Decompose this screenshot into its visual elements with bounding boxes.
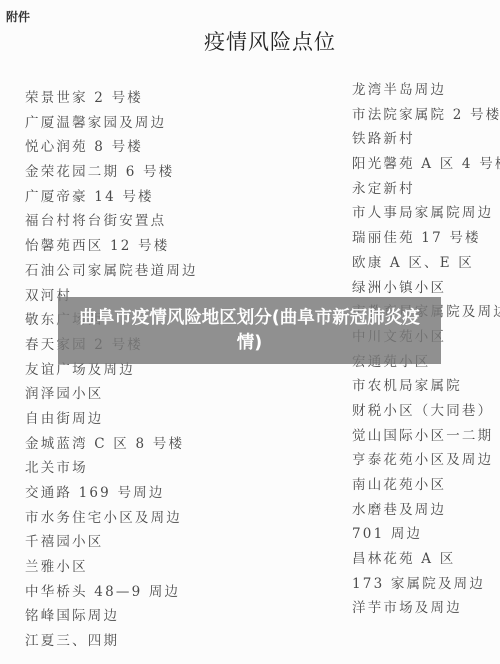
list-item: 自由街周边 bbox=[25, 407, 198, 432]
list-item: 市农机局家属院 bbox=[352, 374, 500, 399]
list-item: 交通路 169 号周边 bbox=[25, 481, 198, 506]
list-item: 铁路新村 bbox=[352, 127, 500, 152]
risk-location-list-left: 荣景世家 2 号楼 广厦温馨家园及周边 悦心润苑 8 号楼 金荣花园二期 6 号… bbox=[25, 86, 198, 654]
list-item: 701 周边 bbox=[352, 522, 500, 547]
attachment-label: 附件 bbox=[6, 8, 30, 25]
document-title: 疫情风险点位 bbox=[0, 26, 500, 56]
list-item: 铭峰国际周边 bbox=[25, 604, 198, 629]
list-item: 荣景世家 2 号楼 bbox=[25, 86, 198, 111]
list-item: 龙湾半岛周边 bbox=[352, 78, 500, 103]
list-item: 福台村将台街安置点 bbox=[25, 209, 198, 234]
list-item: 亨泰花苑小区及周边 bbox=[352, 448, 500, 473]
list-item: 金城蓝湾 C 区 8 号楼 bbox=[25, 432, 198, 457]
caption-overlay: 曲阜市疫情风险地区划分(曲阜市新冠肺炎疫情) bbox=[58, 297, 441, 364]
list-item: 润泽园小区 bbox=[25, 382, 198, 407]
list-item: 财税小区（大同巷） bbox=[352, 399, 500, 424]
list-item: 千禧园小区 bbox=[25, 530, 198, 555]
list-item: 南山花苑小区 bbox=[352, 473, 500, 498]
list-item: 北关市场 bbox=[25, 456, 198, 481]
list-item: 广厦帝豪 14 号楼 bbox=[25, 185, 198, 210]
list-item: 觉山国际小区一二期 bbox=[352, 424, 500, 449]
list-item: 欧康 A 区、E 区 bbox=[352, 251, 500, 276]
list-item: 永定新村 bbox=[352, 177, 500, 202]
list-item: 中华桥头 48—9 周边 bbox=[25, 580, 198, 605]
list-item: 173 家属院及周边 bbox=[352, 572, 500, 597]
list-item: 悦心润苑 8 号楼 bbox=[25, 135, 198, 160]
list-item: 阳光馨苑 A 区 4 号楼 bbox=[352, 152, 500, 177]
list-item: 瑞丽佳苑 17 号楼 bbox=[352, 226, 500, 251]
list-item: 广厦温馨家园及周边 bbox=[25, 111, 198, 136]
list-item: 石油公司家属院巷道周边 bbox=[25, 259, 198, 284]
caption-text: 曲阜市疫情风险地区划分(曲阜市新冠肺炎疫情) bbox=[70, 306, 430, 356]
list-item: 昌林花苑 A 区 bbox=[352, 547, 500, 572]
list-item: 市水务住宅小区及周边 bbox=[25, 506, 198, 531]
list-item: 兰雅小区 bbox=[25, 555, 198, 580]
list-item: 金荣花园二期 6 号楼 bbox=[25, 160, 198, 185]
document-page: 附件 疫情风险点位 荣景世家 2 号楼 广厦温馨家园及周边 悦心润苑 8 号楼 … bbox=[0, 0, 500, 664]
list-item: 水磨巷及周边 bbox=[352, 498, 500, 523]
list-item: 市人事局家属院周边 bbox=[352, 201, 500, 226]
list-item: 怡馨苑西区 12 号楼 bbox=[25, 234, 198, 259]
list-item: 市法院家属院 2 号楼 bbox=[352, 103, 500, 128]
list-item: 江夏三、四期 bbox=[25, 629, 198, 654]
list-item: 洋芋市场及周边 bbox=[352, 596, 500, 621]
